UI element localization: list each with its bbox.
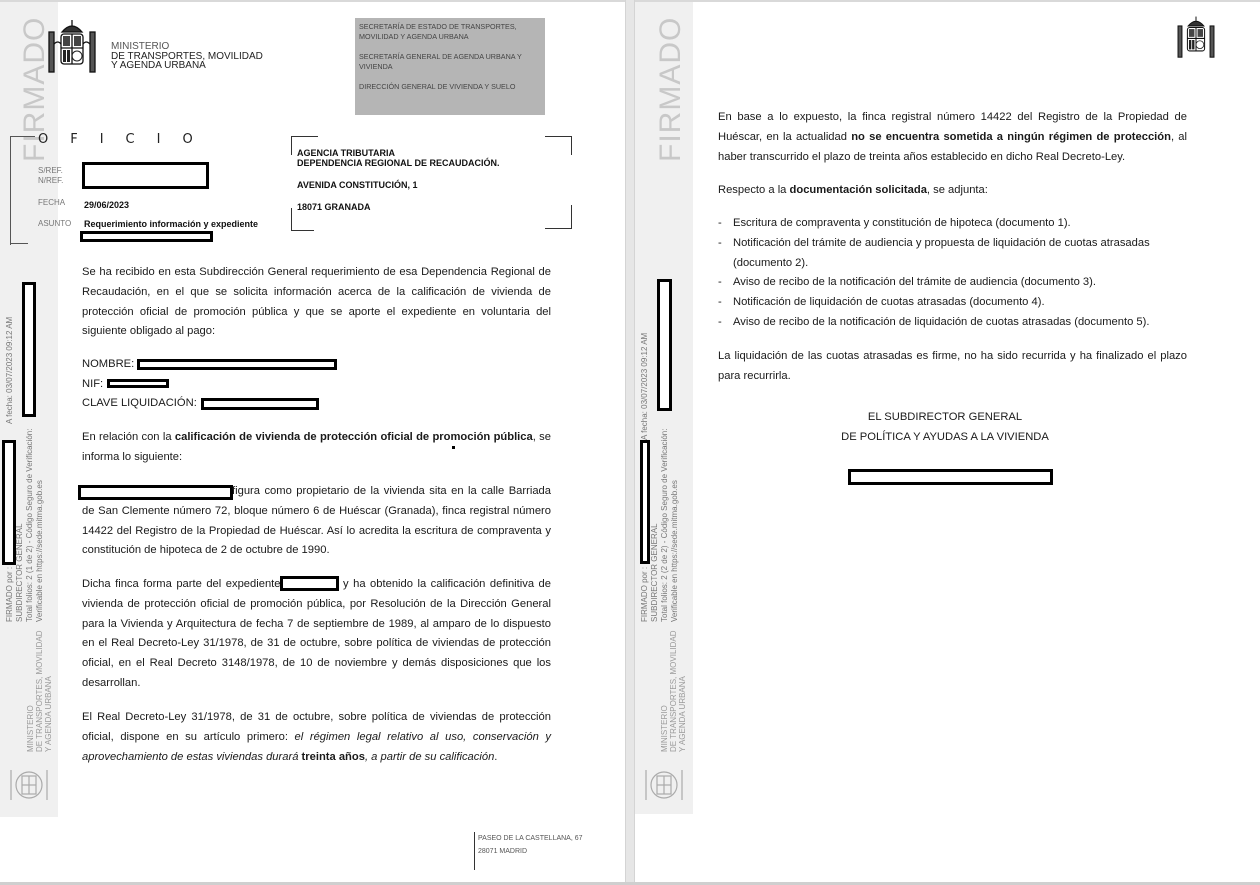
list-item: Notificación del trámite de audiencia y … bbox=[718, 234, 1178, 274]
redacted-csv-code bbox=[657, 279, 672, 411]
list-item: Aviso de recibo de la notificación del t… bbox=[718, 273, 1178, 293]
paragraph-request: Se ha recibido en esta Subdirección Gene… bbox=[82, 263, 551, 342]
secretariat-box: SECRETARÍA DE ESTADO DE TRANSPORTES, MOV… bbox=[355, 18, 545, 115]
sref-label: S/REF. bbox=[38, 166, 63, 175]
redacted-expediente-number bbox=[280, 576, 339, 591]
strip-ministry-label: MINISTERIO DE TRANSPORTES, MOVILIDAD Y A… bbox=[26, 630, 53, 752]
redacted-signer-name bbox=[2, 440, 16, 565]
ministry-header: MINISTERIO DE TRANSPORTES, MOVILIDAD Y A… bbox=[111, 42, 263, 71]
asunto-label: ASUNTO bbox=[38, 219, 71, 228]
paragraph-relation: En relación con la calificación de vivie… bbox=[82, 428, 551, 468]
coat-of-arms-icon bbox=[8, 762, 50, 808]
nref-label: N/REF. bbox=[38, 176, 63, 185]
signature-block: EL SUBDIRECTOR GENERAL DE POLÍTICA Y AYU… bbox=[795, 407, 1095, 447]
redacted-csv-code bbox=[22, 282, 36, 417]
asunto-value: Requerimiento información y expediente bbox=[84, 219, 258, 229]
redacted-nif bbox=[107, 379, 169, 388]
coat-of-arms-icon bbox=[643, 762, 685, 808]
signature-date: A fecha: 03/07/2023 09:12 AM bbox=[640, 333, 650, 440]
list-item: Notificación de liquidación de cuotas at… bbox=[718, 293, 1178, 313]
bracket-line-bottom bbox=[10, 243, 28, 244]
redacted-nombre bbox=[137, 359, 337, 370]
list-item: Escritura de compraventa y constitución … bbox=[718, 214, 1178, 234]
signature-date: A fecha: 03/07/2023 09:12 AM bbox=[5, 317, 15, 424]
document-page-2: FIRMADO FIRMADO por : SUBDIRECTOR GENERA… bbox=[635, 2, 1260, 882]
address-window-corner bbox=[545, 136, 572, 155]
paragraph-owner: figura como propietario de la vivienda s… bbox=[82, 482, 551, 561]
paragraph-conclusion: En base a lo expuesto, la finca registra… bbox=[718, 108, 1187, 167]
paragraph-liquidation: La liquidación de las cuotas atrasadas e… bbox=[718, 347, 1187, 387]
documents-list: Escritura de compraventa y constitución … bbox=[718, 214, 1178, 333]
oficio-title: OFICIO bbox=[38, 132, 215, 147]
recipient-address: AGENCIA TRIBUTARIA DEPENDENCIA REGIONAL … bbox=[297, 148, 500, 212]
clave-label: CLAVE LIQUIDACIÓN: bbox=[82, 397, 197, 409]
fecha-value: 29/06/2023 bbox=[84, 200, 129, 210]
nif-label: NIF: bbox=[82, 378, 103, 390]
bracket-line bbox=[10, 136, 35, 245]
paragraph-expediente: Dicha finca forma parte del expediente y… bbox=[82, 575, 551, 694]
fecha-label: FECHA bbox=[38, 198, 65, 207]
coat-of-arms-icon bbox=[44, 18, 100, 82]
footer-address: PASEO DE LA CASTELLANA, 67 28071 MADRID bbox=[474, 832, 583, 870]
redacted-asunto-detail bbox=[80, 231, 213, 242]
page-gutter bbox=[625, 0, 635, 885]
firmado-watermark: FIRMADO bbox=[654, 17, 688, 162]
stray-dot bbox=[452, 446, 455, 449]
address-window-corner bbox=[545, 205, 572, 229]
nombre-label: NOMBRE: bbox=[82, 358, 134, 370]
list-item: Aviso de recibo de la notificación de li… bbox=[718, 313, 1178, 333]
strip-ministry-label: MINISTERIO DE TRANSPORTES, MOVILIDAD Y A… bbox=[660, 630, 687, 752]
redacted-clave bbox=[201, 398, 319, 410]
redacted-signer bbox=[848, 469, 1053, 485]
coat-of-arms-icon bbox=[1174, 15, 1218, 65]
redacted-signer-name bbox=[640, 440, 650, 564]
redacted-reference bbox=[82, 162, 209, 189]
paragraph-documentation: Respecto a la documentación solicitada, … bbox=[718, 181, 1187, 201]
document-page-1: FIRMADO FIRMADO por : SUBDIRECTOR GENERA… bbox=[0, 2, 625, 882]
paragraph-decree: El Real Decreto-Ley 31/1978, de 31 de oc… bbox=[82, 708, 551, 767]
